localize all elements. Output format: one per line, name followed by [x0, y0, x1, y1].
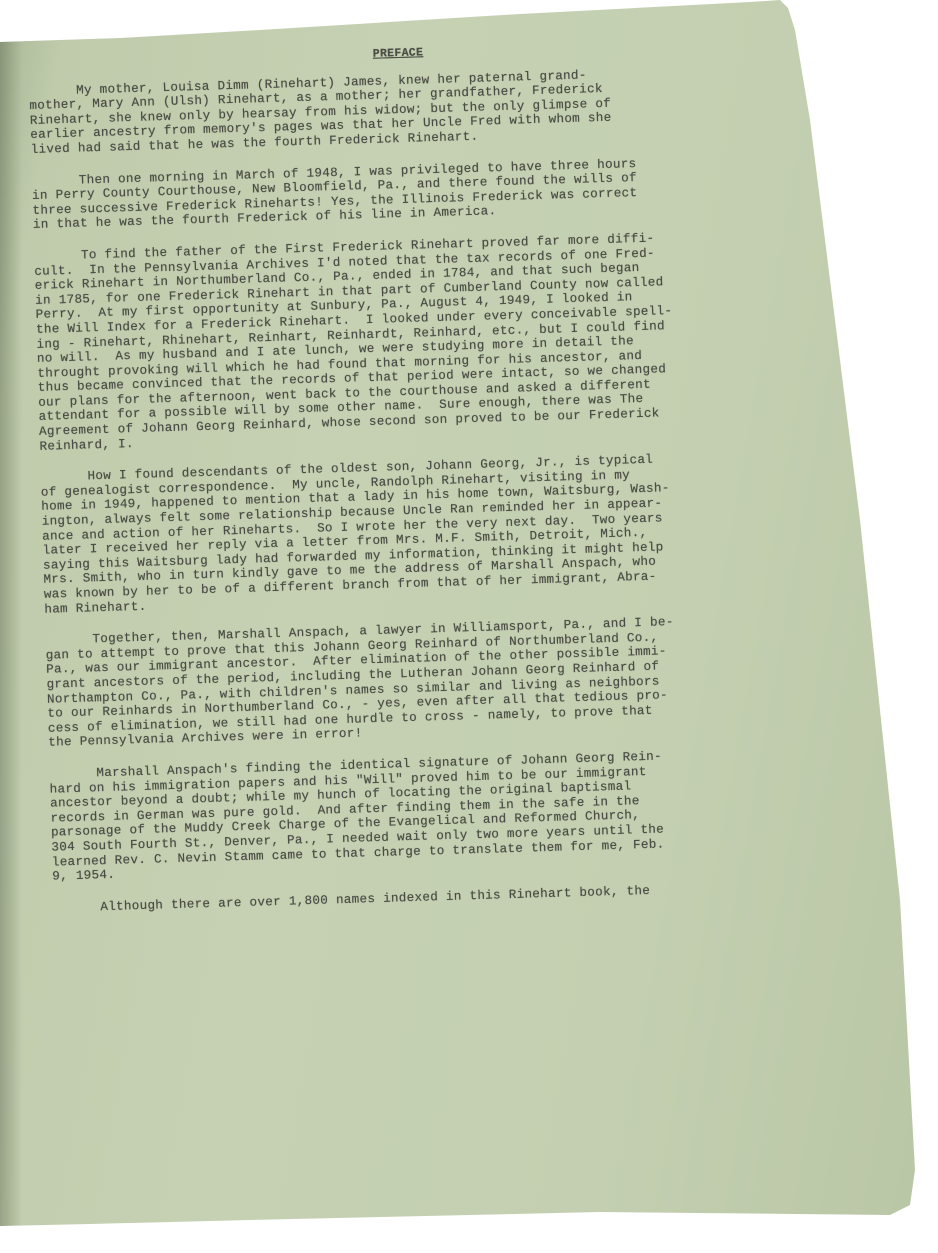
paragraph: How I found descendants of the oldest so… [40, 448, 824, 617]
paragraph: Then one morning in March of 1948, I was… [31, 151, 812, 232]
paragraph: Although there are over 1,800 names inde… [53, 878, 833, 916]
paragraph: My mother, Louisa Dimm (Rinehart) James,… [29, 61, 811, 157]
paragraph-container: My mother, Louisa Dimm (Rinehart) James,… [29, 61, 833, 915]
paragraph: Marshall Anspach's finding the identical… [49, 744, 832, 884]
page-binding-shadow [0, 40, 22, 1230]
text-line: Although there are over 1,800 names inde… [53, 878, 833, 916]
paragraph: To find the father of the First Frederic… [34, 227, 820, 454]
paper-page: PREFACE My mother, Louisa Dimm (Rinehart… [0, 0, 938, 1253]
typed-text-body: PREFACE My mother, Louisa Dimm (Rinehart… [28, 35, 834, 933]
paragraph: Together, then, Marshall Anspach, a lawy… [45, 611, 828, 751]
